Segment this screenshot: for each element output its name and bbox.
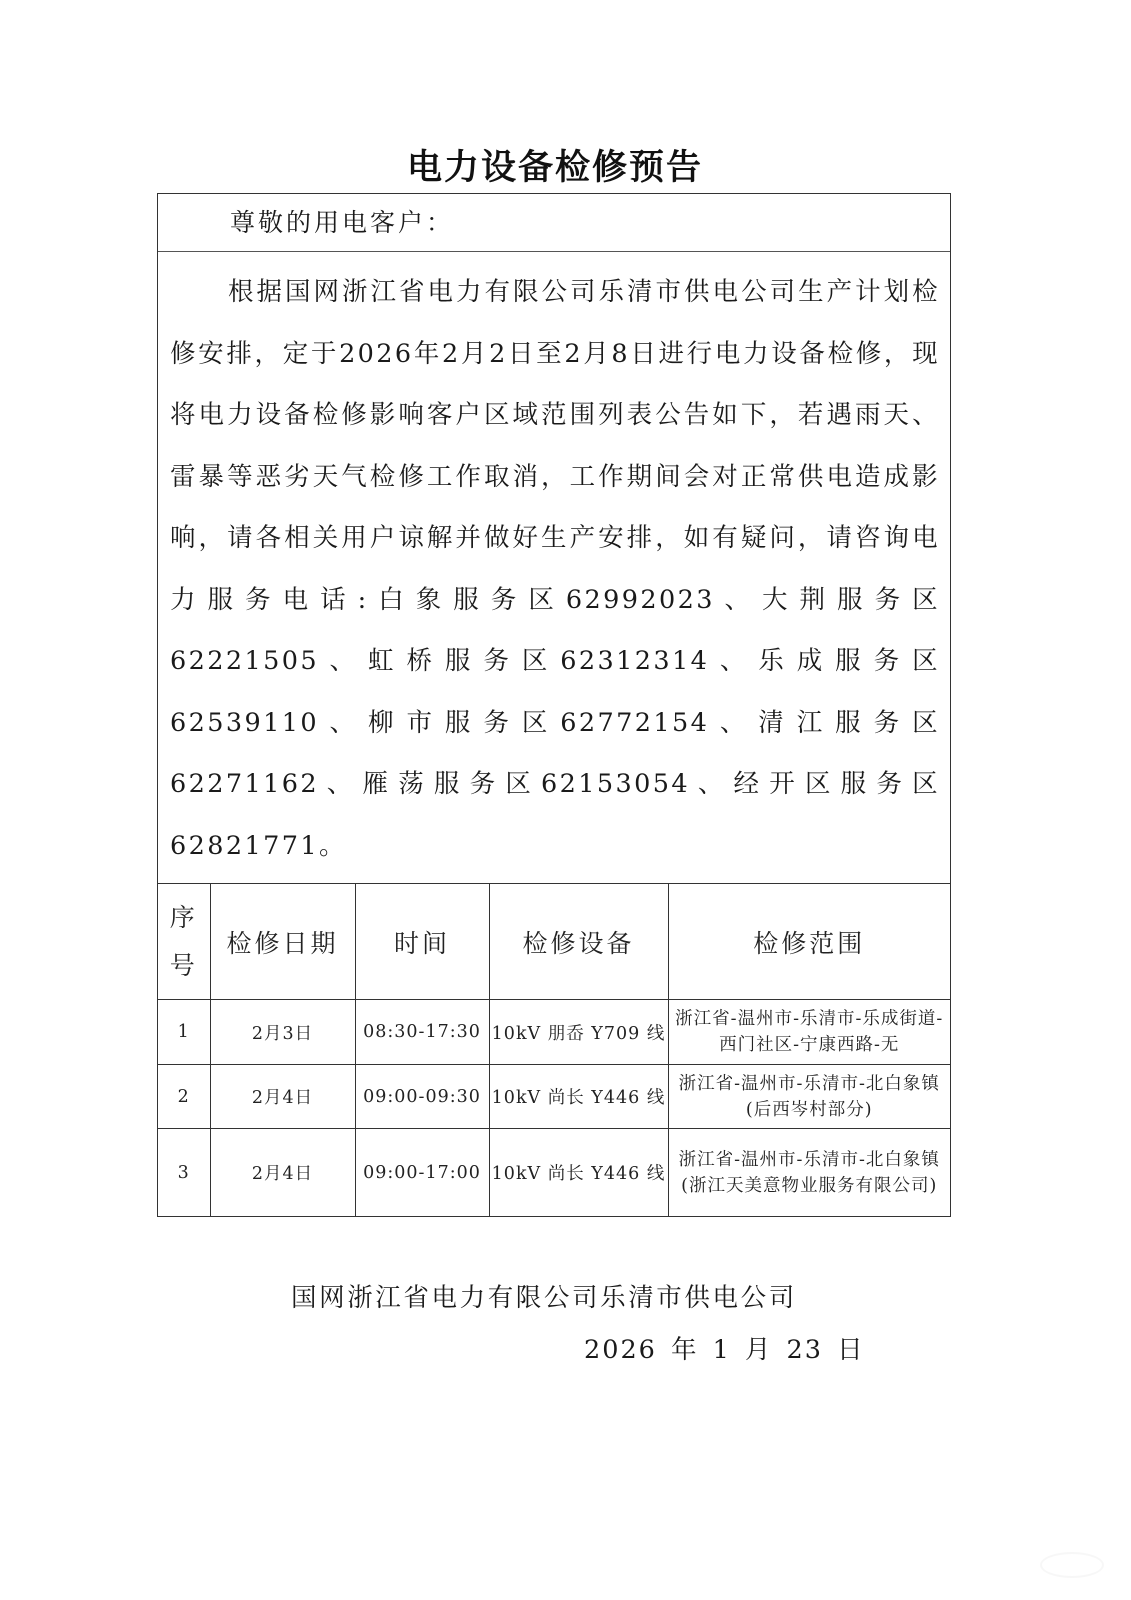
header-time: 时间 [355, 884, 489, 1000]
header-date: 检修日期 [210, 884, 355, 1000]
cell-equipment: 10kV 朋岙 Y709 线 [489, 1000, 668, 1065]
cell-seq: 2 [158, 1065, 210, 1129]
cell-time: 09:00-17:00 [355, 1129, 489, 1217]
cell-equipment: 10kV 尚长 Y446 线 [489, 1065, 668, 1129]
header-equipment: 检修设备 [489, 884, 668, 1000]
greeting: 尊敬的用电客户： [158, 194, 950, 252]
page-title: 电力设备检修预告 [0, 140, 1110, 190]
cell-equipment: 10kV 尚长 Y446 线 [489, 1129, 668, 1217]
notice-frame: 尊敬的用电客户： 根据国网浙江省电力有限公司乐清市供电公司生产计划检修安排，定于… [157, 193, 951, 1217]
notice-body: 根据国网浙江省电力有限公司乐清市供电公司生产计划检修安排，定于2026年2月2日… [158, 252, 950, 883]
cell-time: 08:30-17:30 [355, 1000, 489, 1065]
cell-date: 2月4日 [210, 1129, 355, 1217]
issue-date: 2026 年 1 月 23 日 [584, 1330, 865, 1366]
header-scope: 检修范围 [668, 884, 950, 1000]
cell-time: 09:00-09:30 [355, 1065, 489, 1129]
cell-date: 2月3日 [210, 1000, 355, 1065]
cell-seq: 3 [158, 1129, 210, 1217]
table-row: 3 2月4日 09:00-17:00 10kV 尚长 Y446 线 浙江省-温州… [158, 1129, 950, 1217]
watermark-logo-icon [1040, 1552, 1104, 1578]
cell-scope: 浙江省-温州市-乐清市-北白象镇(后西岑村部分) [668, 1065, 950, 1129]
header-seq: 序 号 [158, 884, 210, 1000]
cell-seq: 1 [158, 1000, 210, 1065]
table-row: 1 2月3日 08:30-17:30 10kV 朋岙 Y709 线 浙江省-温州… [158, 1000, 950, 1065]
cell-scope: 浙江省-温州市-乐清市-北白象镇(浙江天美意物业服务有限公司) [668, 1129, 950, 1217]
signature: 国网浙江省电力有限公司乐清市供电公司 [291, 1278, 797, 1314]
maintenance-table: 序 号 检修日期 时间 检修设备 检修范围 1 2月3日 08:30-17:30… [158, 883, 950, 1216]
table-row: 2 2月4日 09:00-09:30 10kV 尚长 Y446 线 浙江省-温州… [158, 1065, 950, 1129]
cell-scope: 浙江省-温州市-乐清市-乐成街道-西门社区-宁康西路-无 [668, 1000, 950, 1065]
table-header-row: 序 号 检修日期 时间 检修设备 检修范围 [158, 884, 950, 1000]
cell-date: 2月4日 [210, 1065, 355, 1129]
header-seq-bottom: 号 [170, 951, 198, 980]
header-seq-top: 序 [170, 903, 198, 932]
